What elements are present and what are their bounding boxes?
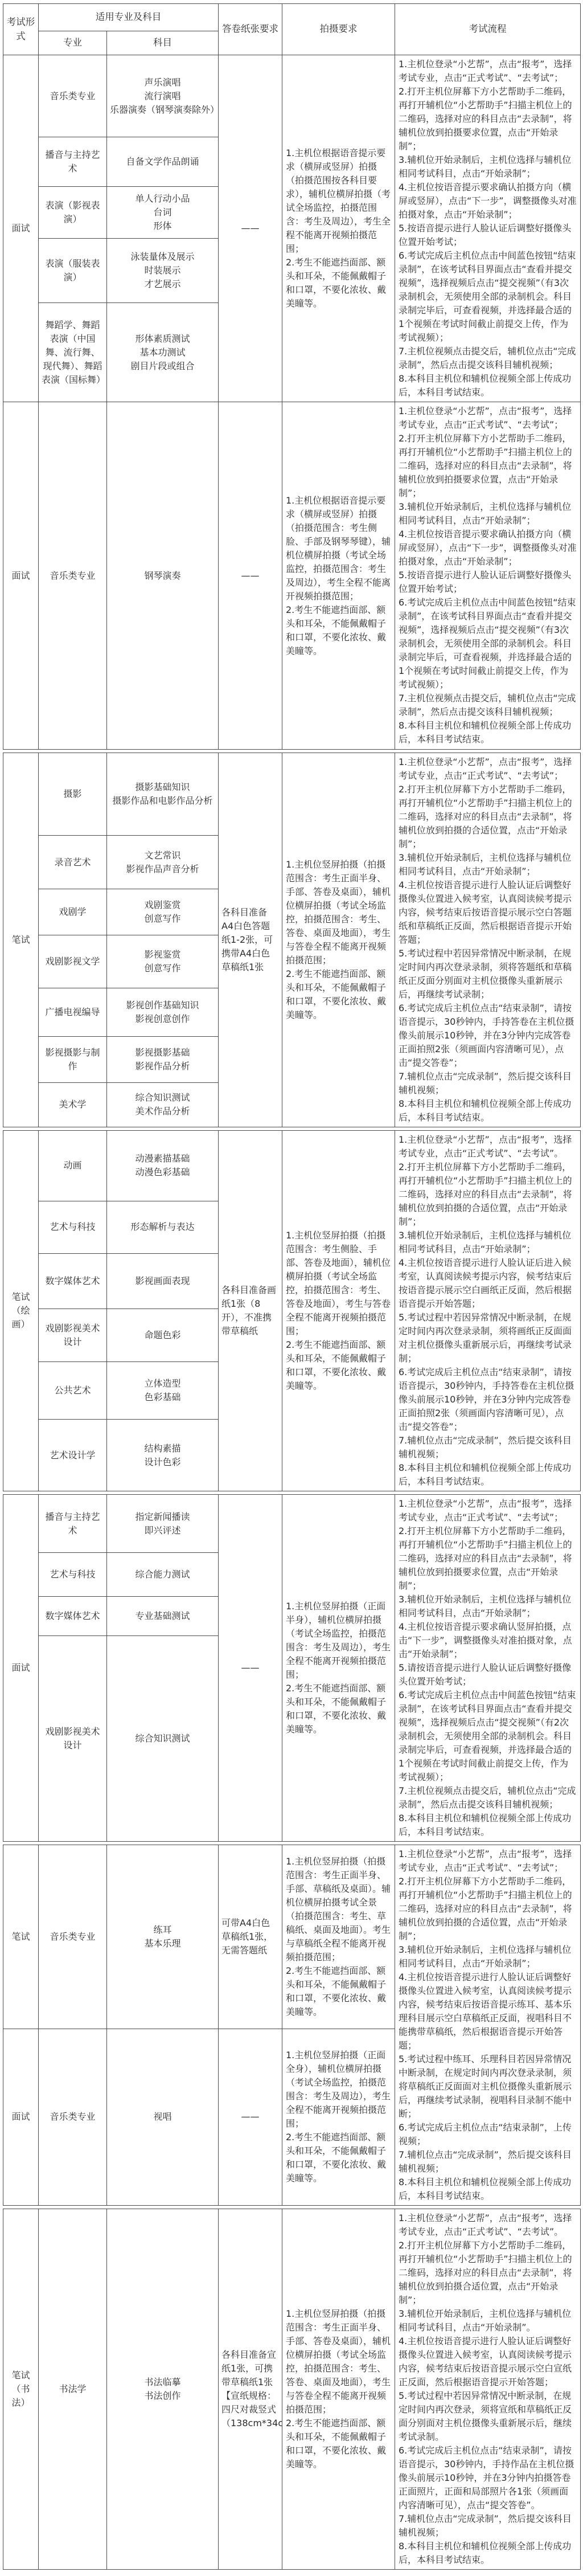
exam-form-cell: 笔试 （绘画） (3, 1131, 39, 1491)
shooting-item: 1.主机位竖屏拍摄（拍摄范围含：考生正面半身、手部、草稿纸及桌面）。辅机位横屏拍… (286, 1855, 391, 1964)
shooting-cell: 1.主机位竖屏拍摄（拍摄范围含：考生正面半身、手部、答卷及桌面），辅机位横屏拍摄… (282, 753, 395, 1127)
subject-cell: 摄影基础知识 摄影作品和电影作品分析 (107, 753, 219, 836)
process-step: 5.按语音提示进行人脸认证后调整好摄像头位置开始考试； (399, 569, 577, 596)
subject-cell: 影视摄影基础 影视作品分析 (107, 1037, 219, 1082)
process-step: 7.辅机位点击“完成录制”，然后提交该科目辅机视频； (399, 1434, 577, 1461)
shooting-item: 2.考生不能遮挡面部、额头和耳朵，不能佩戴帽子和口罩，不要化浓妆、戴美瞳等。 (286, 967, 391, 1022)
process-step: 7.主机位视频点击提交后，辅机位点击“完成录制”，然后点击提交该科目辅机视频； (399, 1784, 577, 1812)
major-cell: 影视摄影与制作 (39, 1037, 107, 1082)
process-step: 5.请按语音提示进行人脸认证后调整好摄像头位置开始考试； (399, 1661, 577, 1688)
col-header-paper: 答卷纸张要求 (219, 4, 282, 55)
subject-cell: 声乐演唱 流行演唱 乐器演奏（钢琴演奏除外） (107, 55, 219, 137)
process-step: 4.主机位按语音提示要求确认拍摄方向（横屏或竖屏），点击“下一步”，调整摄像头对… (399, 181, 577, 222)
process-step: 4.主机位按语音提示进行人脸认证后进入候考室，认真阅读候考提示内容，候考结束后按… (399, 1256, 577, 1311)
subject-cell: 指定新闻播读 即兴评述 (107, 1495, 219, 1553)
subject-cell: 书法临摹 书法创作 (107, 2209, 219, 2570)
process-cell: 1.主机位登录“小艺帮”，点击“报考”，选择考试专业，点击“正式考试”、“去考试… (395, 55, 581, 402)
process-cell: 1.主机位登录“小艺帮”，点击“报考”，选择考试专业，点击“正式考试”、“去考试… (395, 1131, 581, 1491)
process-step: 2.打开主机位屏幕下方小艺帮助手二维码，再打开辅机位“小艺帮助手”扫描主机位上的… (399, 2239, 577, 2307)
subject-cell: 钢琴演奏 (107, 402, 219, 750)
shooting-cell: 1.主机位竖屏拍摄（拍摄范围含：考生正面半身、手部、答卷及桌面），辅机位横屏拍摄… (282, 2209, 395, 2570)
shooting-cell: 1.主机位竖屏拍摄（正面全身），辅机位横屏拍摄（考试全场监控，拍摄范围含：考生及… (282, 2029, 395, 2205)
exam-form-cell: 面试 (3, 2029, 39, 2205)
process-step: 3.辅机位开始录制后，主机位选择与辅机位相同考试科目，点击“开始录制”； (399, 500, 577, 528)
process-step: 2.打开主机位屏幕下方小艺帮助手二维码，再打开辅机位“小艺帮助手”扫描主机位上的… (399, 1875, 577, 1943)
shooting-cell: 1.主机位竖屏拍摄（正面半身），辅机位横屏拍摄（考试全场监控，拍摄范围含：考生及… (282, 1495, 395, 1842)
process-step: 1.主机位登录“小艺帮”，点击“报考”，选择考试专业，点击“正式考试”、“去考试… (399, 755, 577, 783)
subject-cell: 视唱 (107, 2029, 219, 2205)
major-cell: 播音与主持艺术 (39, 1495, 107, 1553)
paper-cell: 各科目准备宣纸1张，可携带草稿纸1张【宣纸规格：四尺对裁竖式（138cm*34c… (219, 2209, 282, 2570)
process-step: 1.主机位登录“小艺帮”，点击“报考”，选择考试专业，点击“正式考试”、“去考试… (399, 1847, 577, 1875)
paper-cell: 可带A4白色草稿纸1张，无需答题纸 (219, 1845, 282, 2029)
col-header-subject: 科目 (107, 31, 219, 55)
process-cell: 1.主机位登录“小艺帮”，点击“报考”，选择考试专业，点击“正式考试”、“去考试… (395, 1845, 581, 2206)
major-cell: 音乐类专业 (39, 402, 107, 750)
process-step: 7.主机位视频点击提交后，辅机位点击“完成录制”，然后点击提交该科目辅机视频； (399, 692, 577, 719)
exam-table-block-4: 面试 播音与主持艺术 指定新闻播读 即兴评述 —— 1.主机位竖屏拍摄（正面半身… (3, 1494, 581, 1842)
process-step: 8.本科目主机位和辅机位视频全部上传成功后，本科目考试结束。 (399, 1812, 577, 1839)
process-step: 2.打开主机位屏幕下方小艺帮助手二维码，再打开辅机位“小艺帮助手”扫描主机位上的… (399, 1160, 577, 1229)
process-cell: 1.主机位登录“小艺帮”，点击“报考”，选择考试专业，点击“正式考试”、“去考试… (395, 1495, 581, 1842)
col-header-exam-form: 考试形式 (3, 4, 39, 55)
major-cell: 戏剧学 (39, 889, 107, 935)
process-step: 8.本科目主机位和辅机位视频全部上传成功后，本科目考试结束。 (399, 1097, 577, 1125)
major-cell: 播音与主持艺术 (39, 137, 107, 186)
process-step: 3.辅机位开始录制后，主机位选择与辅机位相同考试科目，点击“开始录制”； (399, 1943, 577, 1970)
shooting-cell: 1.主机位根据语音提示要求（横屏或竖屏）拍摄（拍摄范围按各科目要求），辅机位横屏… (282, 55, 395, 402)
shooting-item: 2.考生不能遮挡面部、额头和耳朵，不能佩戴帽子和口罩，不要化浓妆、戴美瞳等。 (286, 2416, 391, 2471)
subject-cell: 综合知识测试 美术作品分析 (107, 1082, 219, 1127)
subject-cell: 戏剧鉴赏 创意写作 (107, 889, 219, 935)
shooting-item: 1.主机位根据语音提示要求（横屏或竖屏）拍摄（拍摄范围按各科目要求），辅机位横屏… (286, 146, 391, 256)
major-cell: 音乐类专业 (39, 55, 107, 137)
major-cell: 动画 (39, 1131, 107, 1201)
major-cell: 艺术与科技 (39, 1553, 107, 1597)
major-cell: 戏剧影视美术设计 (39, 1636, 107, 1842)
process-step: 5.考试过程中若因异常情况中断录制，在规定时间内再次登录录制，须将画纸正反面面对… (399, 1311, 577, 1365)
process-step: 4.主机位按语音提示要求确认拍摄方向（横屏或竖屏），点击“下一步”，调整摄像头对… (399, 528, 577, 569)
exam-form-cell: 面试 (3, 1495, 39, 1842)
process-step: 5.考试过程中练耳、乐理科目若因异常情况中断录制，在规定时间内再次登录录制，须将… (399, 2052, 577, 2121)
shooting-item: 1.主机位竖屏拍摄（正面全身），辅机位横屏拍摄（考试全场监控，拍摄范围含：考生及… (286, 2048, 391, 2131)
process-step: 8.本科目主机位和辅机位视频全部上传成功后，本科目考试结束。 (399, 2176, 577, 2203)
process-step: 8.本科目主机位和辅机位视频全部上传成功后，本科目考试结束。 (399, 2540, 577, 2567)
shooting-item: 1.主机位竖屏拍摄（拍摄范围含：考生正面半身、手部、答卷及桌面），辅机位横屏拍摄… (286, 858, 391, 967)
major-cell: 艺术设计学 (39, 1420, 107, 1491)
process-step: 5.考试过程中若因异常情况中断录制，在规定时间内再次登录，须将宣纸和草稿纸正反面… (399, 2389, 577, 2444)
shooting-item: 2.考生不能遮挡面部、额头和耳朵，不能佩戴帽子和口罩，不要化浓妆、戴美瞳等。 (286, 1682, 391, 1736)
process-step: 3.辅机位开始录制后，主机位选择与辅机位相同考试科目，点击“开始录制”。 (399, 2307, 577, 2334)
process-step: 6.考试完成后主机位点击中间蓝色按钮“结束录制”，在该考试科目界面点击“查看并提… (399, 1688, 577, 1784)
process-step: 4.主机位按语音提示进行人脸认证后调整好摄像头位置进入候考室，认真阅读候考提示内… (399, 1970, 577, 2052)
process-step: 4.主机位按语音提示要求确认竖屏拍摄，点击“下一步”，调整摄像头对准拍摄对象，点… (399, 1620, 577, 1661)
col-header-major: 专业 (39, 31, 107, 55)
subject-cell: 动漫素描基础 动漫色彩基础 (107, 1131, 219, 1201)
shooting-item: 2.考生不能遮挡面部、额头和耳朵，不能佩戴帽子和口罩，不要化浓妆、戴美瞳等。 (286, 256, 391, 310)
process-step: 2.打开主机位屏幕下方小艺帮助手二维码，再打开辅机位“小艺帮助手”扫描主机位上的… (399, 783, 577, 851)
major-cell: 数字媒体艺术 (39, 1254, 107, 1309)
exam-table-block-2: 笔试 摄影 摄影基础知识 摄影作品和电影作品分析 各科目准备A4白色答题纸1-2… (3, 753, 581, 1127)
process-step: 4.主机位按语音提示进行人脸认证后调整好摄像头位置进入候考室，认真阅读候考提示内… (399, 878, 577, 947)
process-step: 5.按语音提示进行人脸认证后调整好摄像头位置开始考试； (399, 222, 577, 249)
process-step: 6.考试完成后主机位点击“结束录制”，上传视频； (399, 2121, 577, 2148)
process-step: 2.打开主机位屏幕下方小艺帮助手二维码，再打开辅机位“小艺帮助手”扫描主机位上的… (399, 1524, 577, 1593)
process-step: 6.考试完成后主机位点击“结束录制”，请按语音提示，30秒钟内，手持答卷在主机位… (399, 1001, 577, 1070)
paper-cell: —— (219, 402, 282, 750)
exam-form-cell: 笔试 (3, 753, 39, 1127)
shooting-item: 1.主机位竖屏拍摄（正面半身），辅机位横屏拍摄（考试全场监控，拍摄范围含：考生及… (286, 1600, 391, 1682)
shooting-cell: 1.主机位竖屏拍摄（拍摄范围含：考生正面半身、手部、草稿纸及桌面）。辅机位横屏拍… (282, 1845, 395, 2029)
subject-cell: 立体造型 色彩基础 (107, 1361, 219, 1419)
process-cell: 1.主机位登录“小艺帮”，点击“报考”，选择考试专业，点击“正式考试”、“去考试… (395, 402, 581, 750)
subject-cell: 形态解析与表达 (107, 1201, 219, 1254)
process-step: 2.打开主机位屏幕下方小艺帮助手二维码，再打开辅机位“小艺帮助手”扫描主机位上的… (399, 85, 577, 153)
process-step: 3.辅机位开始录制后，主机位选择与辅机位相同考试科目，点击“开始录制”； (399, 1229, 577, 1256)
shooting-item: 2.考生不能遮挡面部、额头和耳朵，不能佩戴帽子和口罩，不要化浓妆、戴美瞳等。 (286, 603, 391, 658)
process-step: 1.主机位登录“小艺帮”，点击“报考”，选择考试专业，点击“正式考试”、“去考试… (399, 58, 577, 85)
process-cell: 1.主机位登录“小艺帮”，点击“报考”，选择考试专业，点击“正式考试”、“去考试… (395, 2209, 581, 2570)
process-cell: 1.主机位登录“小艺帮”，点击“报考”，选择考试专业，点击“正式考试”、“去考试… (395, 753, 581, 1127)
col-header-applicable: 适用专业及科目 (39, 4, 219, 31)
major-cell: 录音艺术 (39, 836, 107, 889)
major-cell: 音乐类专业 (39, 2029, 107, 2205)
subject-cell: 影视画面表现 (107, 1254, 219, 1309)
col-header-shooting: 拍摄要求 (282, 4, 395, 55)
process-step: 6.考试完成后主机位点击中间蓝色按钮“结束录制”，在该考试科目界面点击“查看并提… (399, 249, 577, 345)
shooting-item: 2.考生不能遮挡面部、额头和耳朵，不能佩戴帽子和口罩，不要化浓妆、戴美瞳等。 (286, 1338, 391, 1393)
process-step: 7.主机位视频点击提交后，辅机位点击“完成录制”，然后点击提交该科目辅机视频； (399, 345, 577, 372)
subject-cell: 形体素质测试 基本功测试 剧目片段或组合 (107, 303, 219, 402)
shooting-item: 2.考生不能遮挡面部、额头和耳朵，不能佩戴帽子和口罩，不要化浓妆、戴美瞳等。 (286, 2131, 391, 2185)
exam-table-block-5: 笔试 音乐类专业 练耳 基本乐理 可带A4白色草稿纸1张，无需答题纸 1.主机位… (3, 1845, 581, 2206)
process-step: 3.辅机位开始录制后，主机位选择与辅机位相同考试科目，点击“开始录制”； (399, 851, 577, 878)
process-step: 7.辅机位点击“完成录制”，然后提交该科目辅机视频； (399, 1070, 577, 1097)
shooting-item: 1.主机位竖屏拍摄（拍摄范围含：考生侧脸、手部、答卷及地面），辅机位横屏拍摄（考… (286, 1229, 391, 1338)
exam-form-cell: 面试 (3, 402, 39, 750)
subject-cell: 综合知识测试 (107, 1636, 219, 1842)
subject-cell: 单人行动小品 台词 形体 (107, 186, 219, 239)
paper-cell: —— (219, 1495, 282, 1842)
shooting-cell: 1.主机位竖屏拍摄（拍摄范围含：考生侧脸、手部、答卷及地面），辅机位横屏拍摄（考… (282, 1131, 395, 1491)
exam-table-block-3: 笔试 （绘画） 动画 动漫素描基础 动漫色彩基础 各科目准备画纸1张（8开），不… (3, 1130, 581, 1491)
subject-cell: 自备文学作品朗诵 (107, 137, 219, 186)
major-cell: 公共艺术 (39, 1361, 107, 1419)
process-step: 1.主机位登录“小艺帮”，点击“报考”，选择考试专业，点击“正式考试”、“去考试… (399, 1133, 577, 1160)
shooting-cell: 1.主机位根据语音提示要求（横屏或竖屏）拍摄（拍摄范围含：考生侧脸、手部及钢琴琴… (282, 402, 395, 750)
process-step: 1.主机位登录“小艺帮”，点击“报考”，选择考试专业，点击“正式考试”、“去考试… (399, 2211, 577, 2239)
major-cell: 摄影 (39, 753, 107, 836)
major-cell: 表演（服装表演） (39, 239, 107, 303)
subject-cell: 命题色彩 (107, 1309, 219, 1362)
process-step: 5.考试过程中若因异常情况中断录制，在规定时间内再次登录录制，须将答题纸和草稿纸… (399, 947, 577, 1001)
major-cell: 美术学 (39, 1082, 107, 1127)
subject-cell: 练耳 基本乐理 (107, 1845, 219, 2029)
major-cell: 表演（影视表演） (39, 186, 107, 239)
major-cell: 音乐类专业 (39, 1845, 107, 2029)
shooting-item: 1.主机位竖屏拍摄（拍摄范围含：考生正面半身、手部、答卷及桌面），辅机位横屏拍摄… (286, 2307, 391, 2416)
paper-cell: 各科目准备画纸1张（8开），不准携带草稿纸 (219, 1131, 282, 1491)
major-cell: 戏剧影视文学 (39, 935, 107, 988)
exam-form-cell: 面试 (3, 55, 39, 402)
process-step: 6.考试完成后主机位点击“结束录制”，请按语音提示，30秒钟内，手持作品在主机位… (399, 2444, 577, 2512)
exam-procedure-document: 考试形式 适用专业及科目 答卷纸张要求 拍摄要求 考试流程 专业 科目 面试 音… (0, 0, 583, 2576)
subject-cell: 综合能力测试 (107, 1553, 219, 1597)
process-step: 8.本科目主机位和辅机位视频全部上传成功后，本科目考试结束。 (399, 1461, 577, 1489)
major-cell: 数字媒体艺术 (39, 1597, 107, 1636)
process-step: 7.辅机位点击“完成录制”，然后提交该科目辅机视频； (399, 2512, 577, 2540)
major-cell: 戏剧影视美术设计 (39, 1309, 107, 1362)
process-step: 3.辅机位开始录制后，主机位选择与辅机位相同考试科目，点击“开始录制”； (399, 153, 577, 181)
paper-cell: 各科目准备A4白色答题纸1-2张，可携带A4白色草稿纸1张 (219, 753, 282, 1127)
process-step: 2.打开主机位屏幕下方小艺帮助手二维码，再打开辅机位“小艺帮助手”扫描主机位上的… (399, 432, 577, 500)
process-step: 3.辅机位开始录制后，主机位选择与辅机位相同考试科目，点击“开始录制”； (399, 1593, 577, 1620)
paper-cell: —— (219, 55, 282, 402)
major-cell: 艺术与科技 (39, 1201, 107, 1254)
exam-table-block-6: 笔试 （书法） 书法学 书法临摹 书法创作 各科目准备宣纸1张，可携带草稿纸1张… (3, 2209, 581, 2570)
process-step: 8.本科目主机位和辅机位视频全部上传成功后，本科目考试结束。 (399, 719, 577, 746)
process-step: 1.主机位登录“小艺帮”，点击“报考”，选择考试专业，点击“正式考试”、“去考试… (399, 1497, 577, 1524)
shooting-item: 2.考生不能遮挡面部、额头和耳朵，不能佩戴帽子和口罩，不要化浓妆、戴美瞳等。 (286, 1964, 391, 2019)
process-step: 6.考试完成后主机位点击中间蓝色按钮“结束录制”，在该考试科目界面点击“查看并提… (399, 596, 577, 692)
major-cell: 广播电视编导 (39, 988, 107, 1037)
shooting-item: 1.主机位根据语音提示要求（横屏或竖屏）拍摄（拍摄范围含：考生侧脸、手部及钢琴琴… (286, 494, 391, 603)
process-step: 7.辅机位点击“完成录制”，然后提交该科目辅机视频； (399, 2148, 577, 2176)
exam-form-cell: 笔试 (3, 1845, 39, 2029)
subject-cell: 影视鉴赏 创意写作 (107, 935, 219, 988)
subject-cell: 专业基础测试 (107, 1597, 219, 1636)
process-step: 8.本科目主机位和辅机位视频全部上传成功后，本科目考试结束。 (399, 372, 577, 399)
exam-table-block-1: 考试形式 适用专业及科目 答卷纸张要求 拍摄要求 考试流程 专业 科目 面试 音… (3, 3, 581, 750)
process-step: 4.主机位按语音提示进行人脸认证后调整好摄像头位置进入候考室，认真阅读候考提示内… (399, 2334, 577, 2389)
subject-cell: 影视创作基础知识 影视创意创作 (107, 988, 219, 1037)
subject-cell: 文艺常识 影视作品声音分析 (107, 836, 219, 889)
subject-cell: 结构素描 设计色彩 (107, 1420, 219, 1491)
paper-cell: —— (219, 2029, 282, 2205)
major-cell: 书法学 (39, 2209, 107, 2570)
process-step: 6.考试完成后主机位点击“结束录制”，请按语音提示，30秒钟内，手持答卷在主机位… (399, 1365, 577, 1434)
col-header-process: 考试流程 (395, 4, 581, 55)
major-cell: 舞蹈学、舞蹈表演（中国舞、流行舞、现代舞）、舞蹈表演（国标舞） (39, 303, 107, 402)
subject-cell: 泳装量体及展示 时装展示 才艺展示 (107, 239, 219, 303)
process-step: 1.主机位登录“小艺帮”，点击“报考”，选择考试专业，点击“正式考试”、“去考试… (399, 404, 577, 432)
exam-form-cell: 笔试 （书法） (3, 2209, 39, 2570)
